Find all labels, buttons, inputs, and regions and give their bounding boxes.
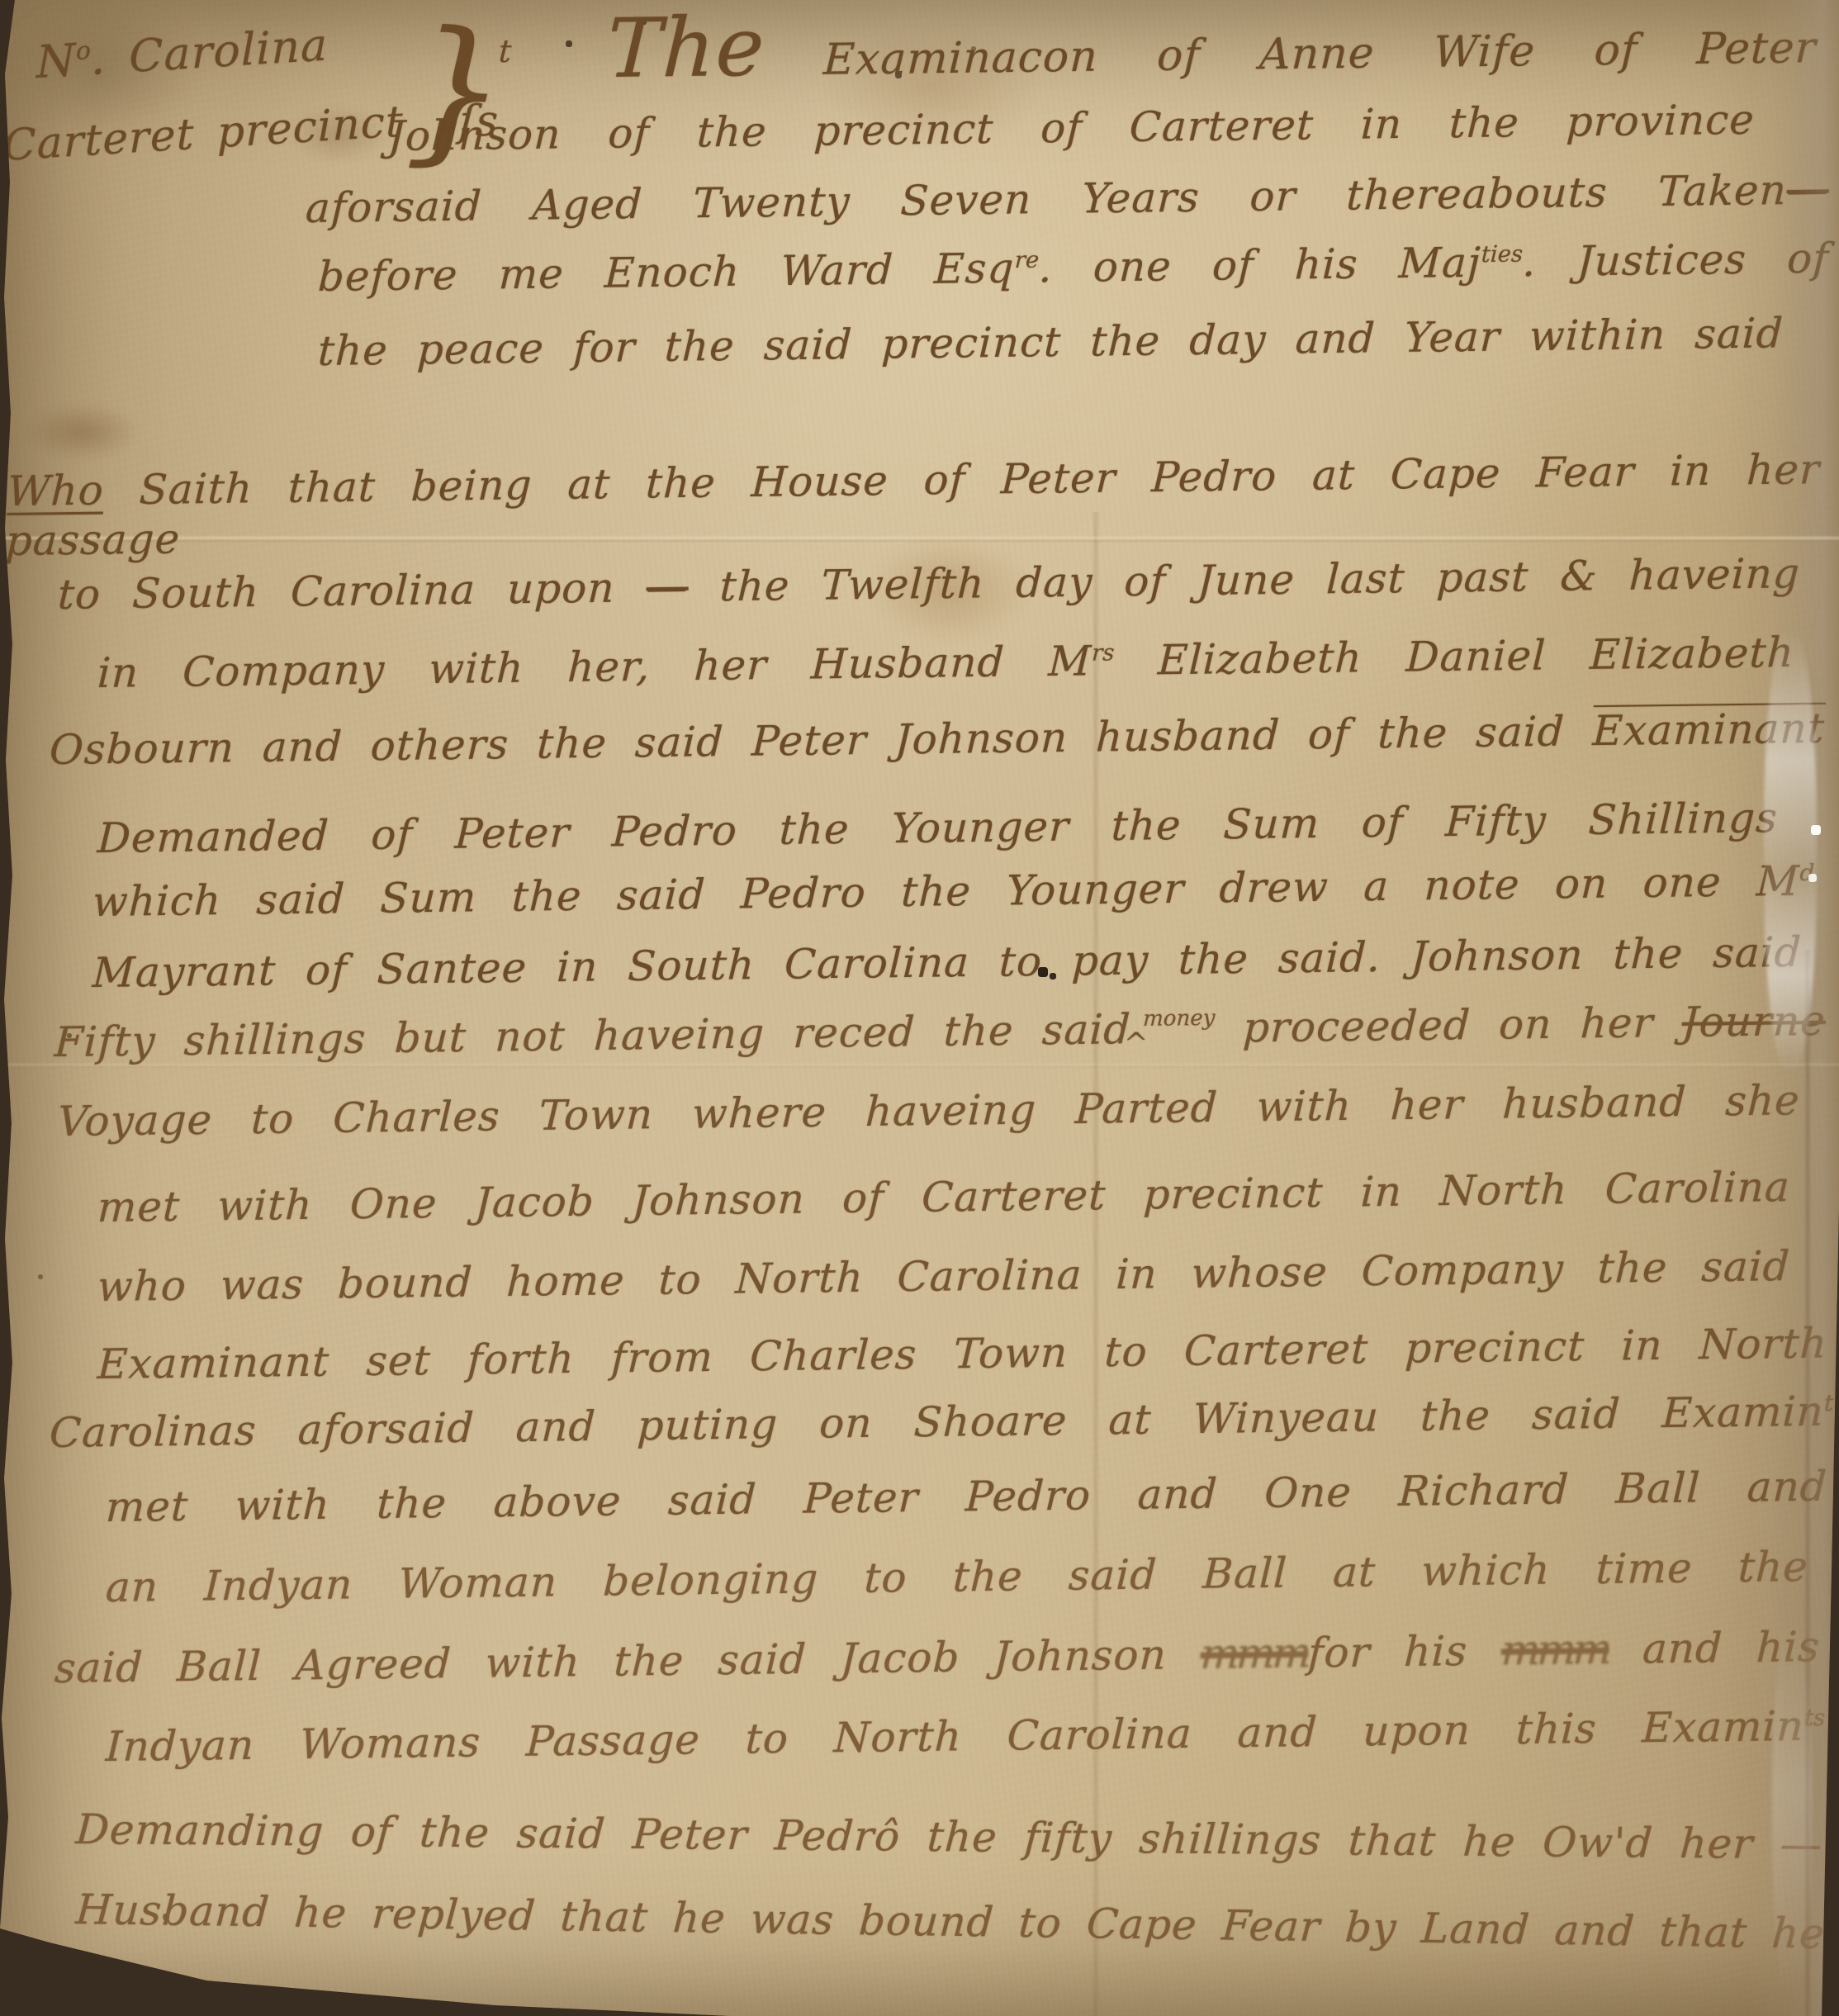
superscript: ties — [1481, 241, 1524, 268]
ink-specks — [0, 0, 2, 2]
scribbled-out-word: mmm — [1200, 1629, 1310, 1678]
superscript: re — [1014, 247, 1040, 273]
tape-shine — [1772, 1619, 1812, 1999]
line-text: . one of his Maj — [1038, 239, 1482, 292]
superscript: t — [498, 33, 514, 69]
line-text: to South Carolina upon — [57, 563, 647, 619]
tape-glare-dots — [0, 0, 2, 2]
margin-place-abbrev: N — [36, 34, 77, 88]
line-text: for his — [1307, 1627, 1502, 1677]
tape-shine — [1764, 628, 1817, 1074]
line-text: Elizabeth Daniel Elizabeth — [1113, 629, 1795, 685]
flourished-word: The — [605, 0, 767, 97]
superscript: rs — [1092, 639, 1116, 666]
margin-brace-superscript: t — [498, 33, 514, 71]
paper-stain — [25, 403, 140, 461]
superscript: o — [76, 36, 91, 66]
caret-mark: ^ — [1123, 1027, 1149, 1060]
line-text: proceeded on her — [1214, 999, 1683, 1052]
struck-word: — — [646, 563, 690, 612]
manuscript-photo: No. Carolina Carteret precinct } t ſs Th… — [0, 0, 1839, 2016]
underlined-word: Who — [7, 467, 105, 515]
inserted-word: money — [1143, 1006, 1216, 1032]
manuscript-page: No. Carolina Carteret precinct } t ſs Th… — [0, 0, 1839, 2016]
scribbled-out-word: mmm — [1500, 1625, 1610, 1675]
line-text: before me Enoch Ward Esq — [317, 244, 1016, 301]
